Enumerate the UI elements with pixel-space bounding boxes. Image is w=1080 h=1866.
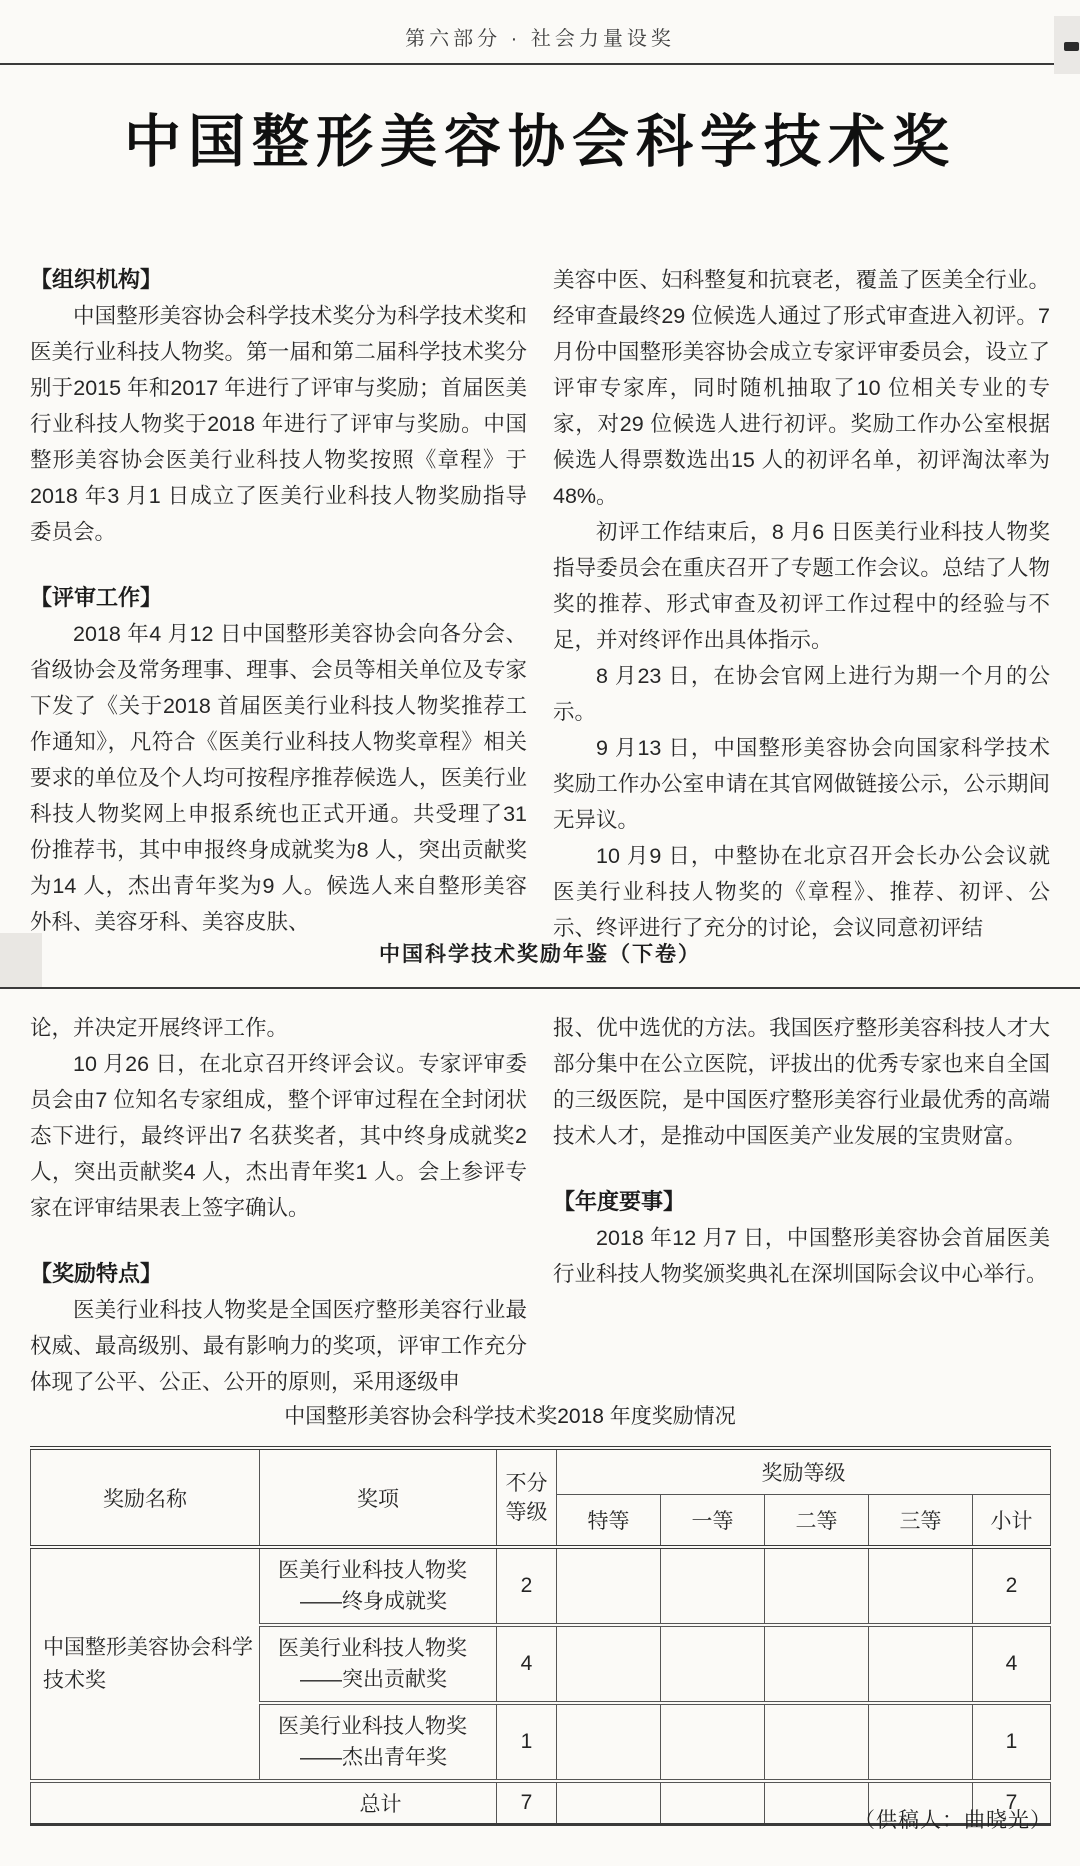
header-grade-group: 奖励等级: [557, 1448, 1051, 1495]
header-award-name: 奖励名称: [31, 1448, 260, 1547]
contributor-credit: （供稿人：曲晓光）: [854, 1804, 1052, 1834]
header-grade-special: 特等: [557, 1495, 661, 1548]
paragraph: 报、优中选优的方法。我国医疗整形美容科技人才大部分集中在公立医院，评拔出的优秀专…: [553, 1010, 1050, 1154]
award-group-cell: 中国整形美容协会科学技术奖: [31, 1547, 260, 1781]
paragraph: 美容中医、妇科整复和抗衰老，覆盖了医美全行业。经审查最终29 位候选人通过了形式…: [553, 262, 1050, 514]
paragraph: 2018 年4 月12 日中国整形美容协会向各分会、省级协会及常务理事、理事、会…: [30, 616, 527, 940]
paragraph: 10 月26 日，在北京召开终评会议。专家评审委员会由7 位知名专家组成，整个评…: [30, 1046, 527, 1226]
header-ungraded-line1: 不分: [503, 1469, 550, 1498]
prize-cell: 医美行业科技人物奖 ——杰出青年奖: [260, 1703, 497, 1781]
special-count: [557, 1547, 661, 1625]
subtotal-count: 1: [973, 1703, 1051, 1781]
prize-cell: 医美行业科技人物奖 ——终身成就奖: [260, 1547, 497, 1625]
running-header: 第六部分 · 社会力量设奖: [0, 22, 1080, 51]
table-caption: 中国整形美容协会科学技术奖2018 年度奖励情况: [0, 1400, 1020, 1430]
third-count: [869, 1547, 973, 1625]
header-rule: [0, 63, 1056, 65]
special-count: [557, 1703, 661, 1781]
second-count: [765, 1703, 869, 1781]
section-heading-annual-events: 【年度要事】: [553, 1184, 1050, 1220]
second-count: [765, 1547, 869, 1625]
first-count: [661, 1625, 765, 1703]
header-grade-third: 三等: [869, 1495, 973, 1548]
awards-table: 奖励名称 奖项 不分 等级 奖励等级 特等 一等 二等 三等 小计 中国整形美容…: [30, 1446, 1051, 1826]
header-grade-subtotal: 小计: [973, 1495, 1051, 1548]
header-grade-second: 二等: [765, 1495, 869, 1548]
scan-corner-mark: [1064, 42, 1079, 51]
paragraph: 8 月23 日，在协会官网上进行为期一个月的公示。: [553, 658, 1050, 730]
total-label: 总计: [31, 1781, 497, 1825]
scan-corner-artifact: [1054, 16, 1080, 74]
header-ungraded-line2: 等级: [503, 1498, 550, 1527]
second-total: [765, 1781, 869, 1825]
first-count: [661, 1703, 765, 1781]
column-top-right: 美容中医、妇科整复和抗衰老，覆盖了医美全行业。经审查最终29 位候选人通过了形式…: [553, 262, 1050, 946]
subtotal-count: 2: [973, 1547, 1051, 1625]
second-count: [765, 1625, 869, 1703]
page-title: 中国整形美容协会科学技术奖: [0, 96, 1080, 178]
table-row: 中国整形美容协会科学技术奖 医美行业科技人物奖 ——终身成就奖 2 2: [31, 1547, 1051, 1625]
paragraph: 9 月13 日，中国整形美容协会向国家科学技术奖励工作办公室申请在其官网做链接公…: [553, 730, 1050, 838]
third-count: [869, 1625, 973, 1703]
prize-line1: 医美行业科技人物奖: [278, 1555, 490, 1586]
special-count: [557, 1625, 661, 1703]
ungraded-total: 7: [497, 1781, 557, 1825]
ungraded-count: 1: [497, 1703, 557, 1781]
paragraph: 论，并决定开展终评工作。: [30, 1010, 527, 1046]
prize-line2: ——终身成就奖: [278, 1586, 490, 1617]
document-page: 第六部分 · 社会力量设奖 中国整形美容协会科学技术奖 【组织机构】 中国整形美…: [0, 0, 1080, 1866]
prize-line2: ——突出贡献奖: [278, 1664, 490, 1695]
section-heading-features: 【奖励特点】: [30, 1256, 527, 1292]
header-prize: 奖项: [260, 1448, 497, 1547]
mid-rule: [0, 987, 1080, 989]
ungraded-count: 2: [497, 1547, 557, 1625]
column-top-left: 【组织机构】 中国整形美容协会科学技术奖分为科学技术奖和医美行业科技人物奖。第一…: [30, 262, 527, 940]
prize-line2: ——杰出青年奖: [278, 1742, 490, 1773]
paragraph: 2018 年12 月7 日，中国整形美容协会首届医美行业科技人物奖颁奖典礼在深圳…: [553, 1220, 1050, 1292]
paragraph: 中国整形美容协会科学技术奖分为科学技术奖和医美行业科技人物奖。第一届和第二届科学…: [30, 298, 527, 550]
book-running-title: 中国科学技术奖励年鉴（下卷）: [0, 938, 1080, 968]
paragraph: 初评工作结束后，8 月6 日医美行业科技人物奖指导委员会在重庆召开了专题工作会议…: [553, 514, 1050, 658]
ungraded-count: 4: [497, 1625, 557, 1703]
paragraph: 医美行业科技人物奖是全国医疗整形美容行业最权威、最高级别、最有影响力的奖项，评审…: [30, 1292, 527, 1400]
section-heading-review: 【评审工作】: [30, 580, 527, 616]
prize-line1: 医美行业科技人物奖: [278, 1711, 490, 1742]
section-heading-organization: 【组织机构】: [30, 262, 527, 298]
prize-line1: 医美行业科技人物奖: [278, 1633, 490, 1664]
first-count: [661, 1547, 765, 1625]
paragraph: 10 月9 日，中整协在北京召开会长办公会议就医美行业科技人物奖的《章程》、推荐…: [553, 838, 1050, 946]
column-bottom-right: 报、优中选优的方法。我国医疗整形美容科技人才大部分集中在公立医院，评拔出的优秀专…: [553, 1010, 1050, 1292]
prize-cell: 医美行业科技人物奖 ——突出贡献奖: [260, 1625, 497, 1703]
first-total: [661, 1781, 765, 1825]
column-bottom-left: 论，并决定开展终评工作。 10 月26 日，在北京召开终评会议。专家评审委员会由…: [30, 1010, 527, 1400]
header-grade-first: 一等: [661, 1495, 765, 1548]
subtotal-count: 4: [973, 1625, 1051, 1703]
special-total: [557, 1781, 661, 1825]
header-ungraded: 不分 等级: [497, 1448, 557, 1547]
third-count: [869, 1703, 973, 1781]
